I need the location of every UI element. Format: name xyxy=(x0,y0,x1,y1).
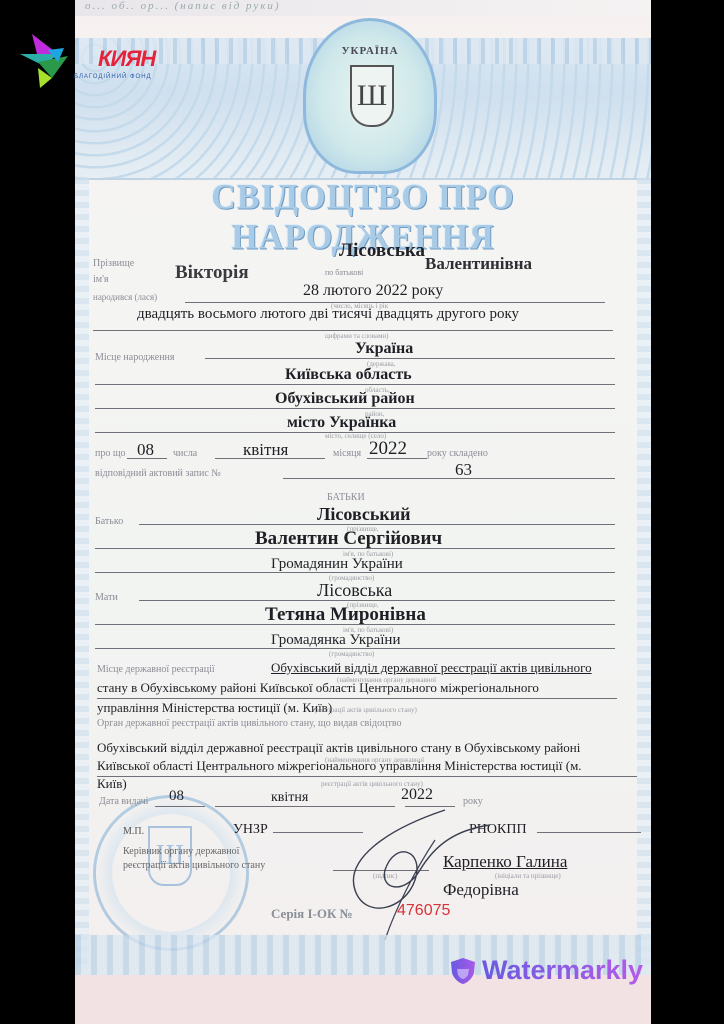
shield-icon xyxy=(450,957,476,985)
country-header: УКРАЇНА xyxy=(306,45,434,57)
coat-of-arms-frame: УКРАЇНА Ш xyxy=(303,18,437,174)
born-label: народився (лася) xyxy=(93,292,157,302)
registration-place-line3: управління Міністерства юстиції (м. Київ… xyxy=(97,700,332,716)
father-label: Батько xyxy=(95,516,123,527)
surname-label: Прізвище xyxy=(93,258,134,269)
mother-surname: Лісовська xyxy=(317,580,392,601)
ornament-border-right xyxy=(637,178,651,968)
entry-label: відповідний актовий запис № xyxy=(95,468,221,479)
child-patronymic: Валентинівна xyxy=(425,254,532,274)
child-name: Вікторія xyxy=(175,262,249,284)
record-month: квітня xyxy=(243,440,288,460)
entry-number: 63 xyxy=(455,460,472,480)
issuer-label: Орган державної реєстрації актів цивільн… xyxy=(97,718,401,729)
logo-text: КИЯН xyxy=(98,46,155,72)
logo-subtext: БЛАГОДІЙНИЙ ФОНД xyxy=(74,74,152,80)
bird-logo-icon xyxy=(18,32,98,92)
registration-line xyxy=(97,698,617,699)
father-citizenship: Громадянин України xyxy=(271,556,403,573)
certificate-paper: о... об.. ор... (напис від руки) УКРАЇНА… xyxy=(75,0,651,1024)
record-day-label: числа xyxy=(173,448,197,459)
ornament-border-left xyxy=(75,178,89,968)
birthplace-label: Місце народження xyxy=(95,352,175,363)
birth-words-line xyxy=(93,330,613,331)
issue-day: 08 xyxy=(169,788,184,805)
mother-citizenship-hint: (громадянство) xyxy=(329,650,374,658)
kyian-logo: КИЯН БЛАГОДІЙНИЙ ФОНД xyxy=(18,32,188,92)
issue-day-line xyxy=(155,806,205,807)
record-day: 08 xyxy=(137,440,154,460)
signature-scribble xyxy=(325,800,495,940)
birth-words-hint: цифрами та словами) xyxy=(325,332,389,340)
issuer-line1: Обухівський відділ державної реєстрації … xyxy=(97,740,580,756)
issue-month: квітня xyxy=(271,790,308,806)
mother-citizenship: Громадянка України xyxy=(271,632,401,649)
head-name-hint: (ініціали та прізвище) xyxy=(495,872,561,880)
birthplace-city: місто Українка xyxy=(287,414,396,432)
name-label: ім'я xyxy=(93,274,109,285)
registration-place-hint2: реєстрації актів цивільного стану) xyxy=(315,706,417,714)
watermark-text: Watermarkly xyxy=(482,955,643,986)
rnokpp-line xyxy=(537,832,641,833)
head-label-2: реєстрації актів цивільного стану xyxy=(123,860,265,871)
registration-place-line2: стану в Обухівському районі Київської об… xyxy=(97,680,539,696)
record-prefix: про що xyxy=(95,448,126,459)
birthplace-region: Київська область xyxy=(285,366,412,384)
birthplace-district: Обухівський район xyxy=(275,390,415,408)
issuer-line3: Київ) xyxy=(97,776,127,792)
father-name: Валентин Сергійович xyxy=(255,528,442,550)
registration-place-label: Місце державної реєстрації xyxy=(97,664,215,675)
parents-heading: БАТЬКИ xyxy=(327,492,365,503)
country-line xyxy=(205,358,615,359)
birth-date-digits: 28 лютого 2022 року xyxy=(303,282,443,300)
official-stamp: Ш xyxy=(93,795,249,951)
entry-line xyxy=(283,478,615,479)
handwriting-text: о... об.. ор... (напис від руки) xyxy=(85,0,281,12)
birth-date-words: двадцять восьмого лютого дві тисячі двад… xyxy=(137,306,519,323)
issue-date-label: Дата видачі xyxy=(99,796,148,807)
trident-icon: Ш xyxy=(350,65,394,127)
birthplace-country: Україна xyxy=(355,340,413,358)
top-handwriting: о... об.. ор... (напис від руки) xyxy=(75,0,651,16)
birth-date-line xyxy=(185,302,605,303)
record-year: 2022 xyxy=(369,438,407,460)
mother-name: Тетяна Миронівна xyxy=(265,604,426,626)
record-year-label: року складено xyxy=(427,448,488,459)
district-line xyxy=(95,408,615,409)
unzr-label: УНЗР xyxy=(233,822,268,838)
head-label-1: Керівник органу державної xyxy=(123,846,239,857)
patronymic-label: по батькові xyxy=(325,268,363,277)
father-surname: Лісовський xyxy=(317,504,411,525)
watermark: Watermarkly xyxy=(450,955,643,986)
region-line xyxy=(95,384,615,385)
record-month-label: місяця xyxy=(333,448,361,459)
issuer-line2: Київської області Центрального міжрегіон… xyxy=(97,758,582,774)
mother-label: Мати xyxy=(95,592,118,603)
child-surname: Лісовська xyxy=(339,240,425,262)
registration-place-line1: Обухівський відділ державної реєстрації … xyxy=(271,660,592,676)
issuer-line xyxy=(97,776,637,777)
stamp-place-label: М.П. xyxy=(123,826,144,837)
